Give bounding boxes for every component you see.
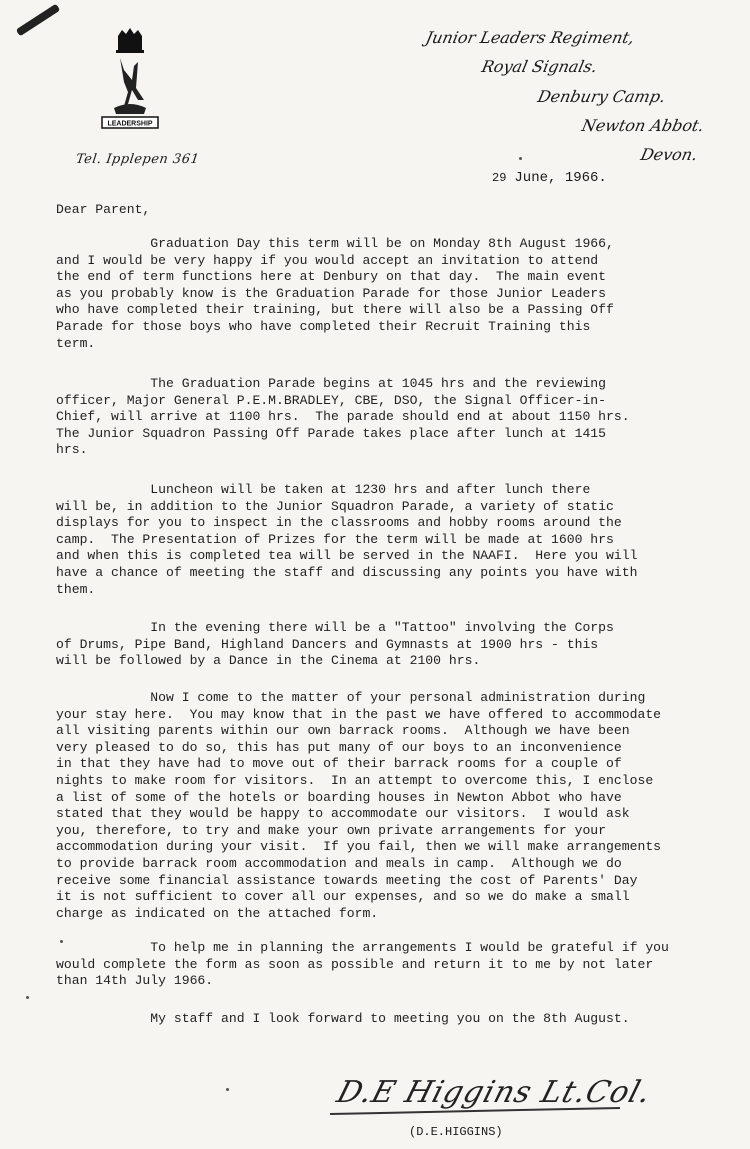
address-line-4: Newton Abbot. — [580, 116, 706, 135]
paragraph-parade-schedule: The Graduation Parade begins at 1045 hrs… — [56, 376, 630, 459]
pen-mark — [16, 4, 61, 37]
paragraph-tattoo: In the evening there will be a "Tattoo" … — [56, 620, 614, 670]
svg-text:LEADERSHIP: LEADERSHIP — [107, 121, 152, 128]
salutation: Dear Parent, — [56, 202, 150, 219]
ink-speck — [26, 996, 29, 999]
paragraph-administration: Now I come to the matter of your persona… — [56, 690, 661, 922]
paragraph-graduation-day: Graduation Day this term will be on Mond… — [56, 236, 614, 352]
ink-speck — [519, 157, 522, 160]
letter-date: 29June, 1966. — [492, 170, 607, 186]
letter-page: LEADERSHIP Tel. Ipplepen 361 Junior Lead… — [0, 0, 750, 1149]
telephone-number: Tel. Ipplepen 361 — [75, 152, 200, 167]
paragraph-form-return: To help me in planning the arrangements … — [56, 940, 669, 990]
date-month-year: June, 1966. — [514, 170, 606, 186]
ink-speck — [226, 1088, 229, 1091]
address-line-5: Devon. — [639, 145, 699, 164]
ink-speck — [60, 940, 63, 943]
date-day: 29 — [492, 171, 506, 185]
address-line-2: Royal Signals. — [480, 57, 599, 76]
address-line-1: Junior Leaders Regiment, — [424, 28, 636, 47]
typed-signatory-name: (D.E.HIGGINS) — [409, 1125, 503, 1139]
address-line-3: Denbury Camp. — [536, 87, 667, 106]
paragraph-luncheon: Luncheon will be taken at 1230 hrs and a… — [56, 482, 637, 598]
paragraph-closing: My staff and I look forward to meeting y… — [56, 1011, 630, 1028]
handwritten-signature: D.E Higgins Lt.Col. — [333, 1075, 656, 1110]
royal-signals-crest-icon: LEADERSHIP — [100, 28, 160, 138]
